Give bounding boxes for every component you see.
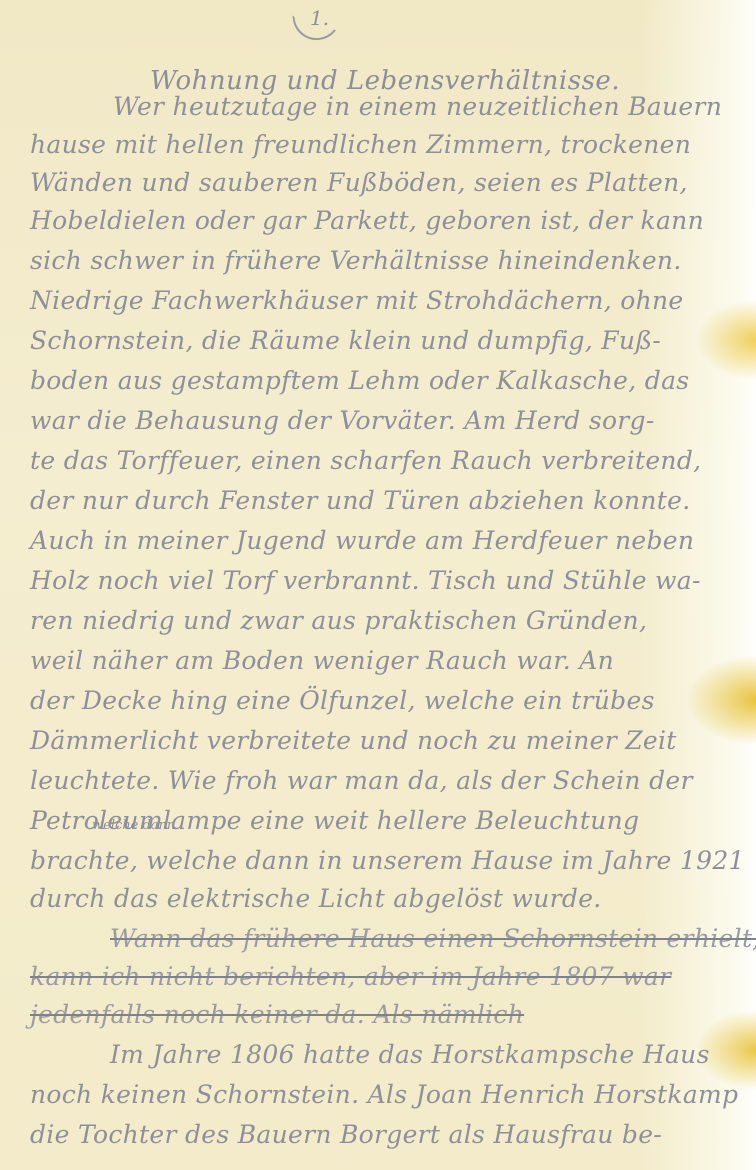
final_lines-line: die Tochter des Bauern Borgert als Hausf… <box>30 1120 662 1149</box>
lines-line: Wänden und sauberen Fußböden, seien es P… <box>30 168 688 197</box>
interlinear-insertion: welche dann <box>92 818 175 833</box>
lines-line: sich schwer in frühere Verhältnisse hine… <box>30 246 682 275</box>
lines-line: war die Behausung der Vorväter. Am Herd … <box>30 406 655 435</box>
final_lines-line: Im Jahre 1806 hatte das Horstkampsche Ha… <box>110 1040 710 1069</box>
struck_lines-line: kann ich nicht berichten, aber im Jahre … <box>30 962 671 991</box>
struck_lines-line: jedenfalls noch keiner da. Als nämlich <box>30 1000 524 1029</box>
final_lines-line: noch keinen Schornstein. Als Joan Henric… <box>30 1080 738 1109</box>
struck_lines-line: Wann das frühere Haus einen Schornstein … <box>110 924 756 953</box>
page-number-text: 1. <box>310 6 329 30</box>
lines-line: Holz noch viel Torf verbrannt. Tisch und… <box>30 566 701 595</box>
lines-line: Hobeldielen oder gar Parkett, geboren is… <box>30 206 704 235</box>
lines-line: der nur durch Fenster und Türen abziehen… <box>30 486 690 515</box>
lines-line: boden aus gestampftem Lehm oder Kalkasch… <box>30 366 689 395</box>
lines-line: hause mit hellen freundlichen Zimmern, t… <box>30 130 691 159</box>
lines-line: Dämmerlicht verbreitete und noch zu mein… <box>30 726 677 755</box>
lines-line: te das Torffeuer, einen scharfen Rauch v… <box>30 446 701 475</box>
lines-line: der Decke hing eine Ölfunzel, welche ein… <box>30 686 655 715</box>
lines-line: Wer heutzutage in einem neuzeitlichen Ba… <box>113 92 722 121</box>
lines-line: weil näher am Boden weniger Rauch war. A… <box>30 646 614 675</box>
lines-line: ren niedrig und zwar aus praktischen Grü… <box>30 606 647 635</box>
manuscript-page: 1. Wohnung und Lebensverhältnisse. Wer h… <box>0 0 756 1170</box>
lines-line: brachte, welche dann in unserem Hause im… <box>30 846 745 875</box>
lines-line: durch das elektrische Licht abgelöst wur… <box>30 884 602 913</box>
page-number: 1. <box>300 8 350 38</box>
lines-line: Auch in meiner Jugend wurde am Herdfeuer… <box>30 526 694 555</box>
lines-line: Niedrige Fachwerkhäuser mit Strohdächern… <box>30 286 684 315</box>
lines-line: Schornstein, die Räume klein und dumpfig… <box>30 326 661 355</box>
lines-line: leuchtete. Wie froh war man da, als der … <box>30 766 693 795</box>
